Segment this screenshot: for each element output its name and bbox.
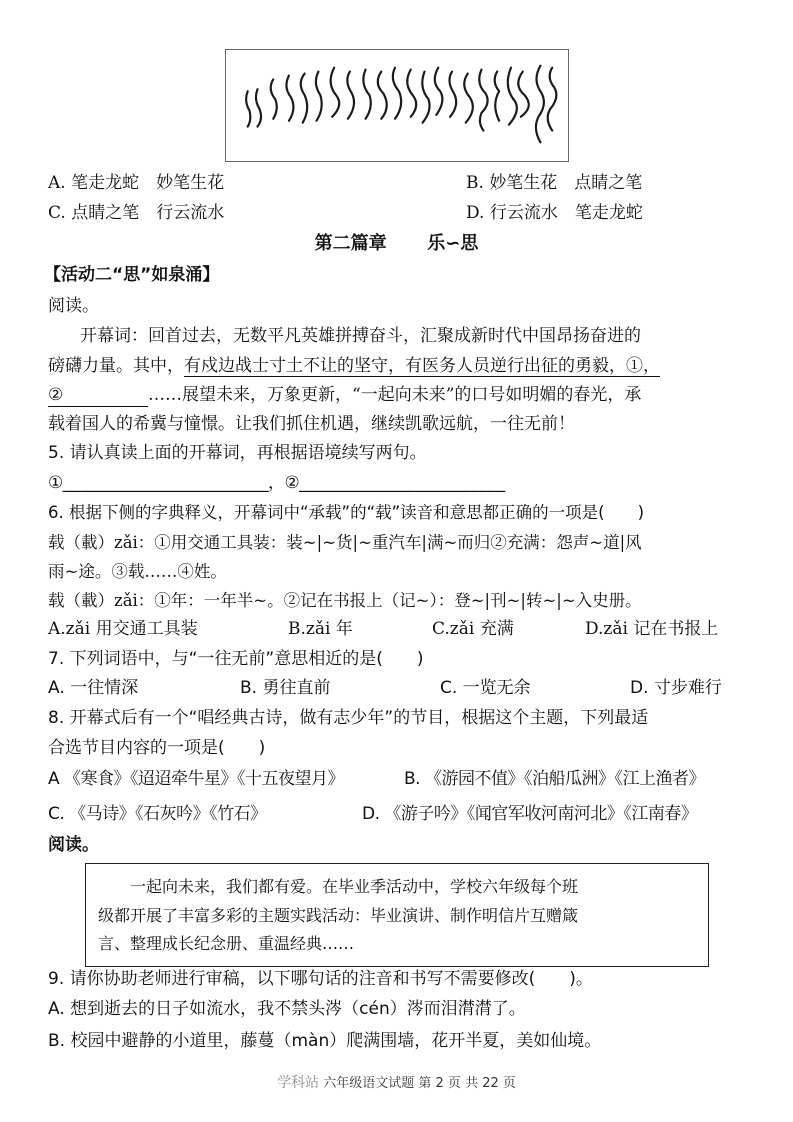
- speech-text: ……展望未来，万象更新，“一起向未来”的口号如明媚的春光，承: [148, 385, 641, 405]
- option-d[interactable]: D. 行云流水 笔走龙蛇: [466, 202, 643, 224]
- dictionary-def-1-line-2: 雨~途。③载……④姓。: [48, 561, 227, 583]
- reading-label: 阅读。: [48, 295, 99, 317]
- underlined-sentence: 有戍边战士寸土不让的坚守，有医务人员逆行出征的勇毅，①，: [184, 356, 660, 377]
- option-text: 行云流水 笔走龙蛇: [490, 203, 643, 223]
- q8-option-b[interactable]: B. 《游园不值》《泊船瓜洲》《江上渔者》: [404, 768, 705, 790]
- q7-option-c[interactable]: C. 一览无余: [440, 677, 531, 699]
- page-number: 六年级语文试题 第 2 页 共 22 页: [323, 1076, 516, 1091]
- question-8-stem-line-1: 8. 开幕式后有一个“唱经典古诗，做有志少年”的节目，根据这个主题，下列最适: [48, 707, 648, 729]
- q6-option-c[interactable]: C.zǎi 充满: [432, 618, 514, 640]
- option-text: 笔走龙蛇 妙笔生花: [71, 173, 224, 193]
- option-letter: A.: [48, 173, 66, 193]
- reading-passage-box: 一起向未来，我们都有爱。在毕业季活动中，学校六年级每个班 级都开展了丰富多彩的主…: [85, 863, 709, 967]
- q7-option-a[interactable]: A. 一往情深: [48, 677, 138, 699]
- option-letter: D.: [466, 203, 484, 223]
- speech-line-3: ②……展望未来，万象更新，“一起向未来”的口号如明媚的春光，承: [48, 384, 641, 407]
- speech-text: 磅礴力量。其中，: [48, 356, 184, 376]
- option-text: 妙笔生花 点睛之笔: [489, 173, 642, 193]
- chapter-title: 第二篇章 乐∽思: [0, 233, 793, 255]
- circle-number: ②: [48, 385, 63, 405]
- option-a[interactable]: A. 笔走龙蛇 妙笔生花: [48, 172, 224, 194]
- calligraphy-image: [225, 49, 569, 162]
- speech-line-2: 磅礴力量。其中，有戍边战士寸土不让的坚守，有医务人员逆行出征的勇毅，①，: [48, 355, 660, 377]
- blank-2[interactable]: ②: [48, 384, 148, 407]
- passage-line-1: 一起向未来，我们都有爱。在毕业季活动中，学校六年级每个班: [130, 876, 578, 898]
- option-letter: C.: [48, 203, 66, 223]
- activity-title: 【活动二“思”如泉涌】: [44, 264, 219, 286]
- chapter-part: 第二篇章: [315, 233, 387, 254]
- calligraphy-strokes: [226, 50, 568, 161]
- option-text: 点睛之笔 行云流水: [71, 203, 224, 223]
- question-8-stem-line-2: 合选节目内容的一项是( ): [48, 737, 265, 759]
- question-9-stem: 9. 请你协助老师进行审稿，以下哪句话的注音和书写不需要修改( )。: [48, 968, 593, 990]
- q8-option-d[interactable]: D. 《游子吟》《闻官军收河南河北》《江南春》: [362, 803, 697, 825]
- q6-option-b[interactable]: B.zǎi 年: [288, 618, 353, 640]
- q6-option-a[interactable]: A.zǎi 用交通工具装: [48, 618, 198, 640]
- q6-option-d[interactable]: D.zǎi 记在书报上: [585, 618, 718, 640]
- question-5-stem: 5. 请认真读上面的开幕词，再根据语境续写两句。: [48, 442, 427, 464]
- option-c[interactable]: C. 点睛之笔 行云流水: [48, 202, 224, 224]
- passage-line-3: 言、整理成长纪念册、重温经典……: [98, 933, 354, 955]
- option-b[interactable]: B. 妙笔生花 点睛之笔: [466, 172, 642, 194]
- q7-option-d[interactable]: D. 寸步难行: [630, 677, 722, 699]
- reading-label-2: 阅读。: [48, 834, 99, 856]
- question-7-stem: 7. 下列词语中，与“一往无前”意思相近的是( ): [48, 648, 424, 670]
- q9-option-a[interactable]: A. 想到逝去的日子如流水，我不禁头涔（cén）涔而泪潸潸了。: [48, 998, 526, 1020]
- question-6-stem: 6. 根据下侧的字典释义，开幕词中“承载”的“载”读音和意思都正确的一项是( ): [48, 502, 644, 524]
- q8-option-a[interactable]: A 《寒食》《迢迢牵牛星》《十五夜望月》: [48, 768, 344, 790]
- page-footer: 学科站 六年级语文试题 第 2 页 共 22 页: [0, 1072, 793, 1092]
- chapter-name: 乐∽思: [427, 233, 478, 254]
- dictionary-def-2: 载（載）zǎi：①年：一年半~。②记在书报上（𫡐记~）：登~|刊~|转~|~入史…: [48, 590, 642, 612]
- q7-option-b[interactable]: B. 勇往直前: [240, 677, 330, 699]
- passage-line-2: 级都开展了丰富多彩的主题实践活动：毕业演讲、制作明信片互赠箴: [98, 905, 578, 927]
- q9-option-b[interactable]: B. 校园中避静的小道里，藤蔓（màn）爬满围墙，花开半夏，美如仙境。: [48, 1030, 601, 1052]
- dictionary-def-1-line-1: 载（載）zǎi：①用交通工具装：装~|~货|~重汽车|满~而归②充满：怨声~道|…: [48, 532, 642, 554]
- speech-line-1: 开幕词：回首过去，无数平凡英雄拼搏奋斗，汇聚成新时代中国昂扬奋进的: [80, 325, 641, 347]
- option-letter: B.: [466, 173, 484, 193]
- question-5-answer-line[interactable]: ①__________________________，②___________…: [48, 472, 504, 494]
- watermark: 学科站: [277, 1075, 319, 1091]
- q8-option-c[interactable]: C. 《马诗》《石灰吟》《竹石》: [48, 803, 267, 825]
- speech-line-4: 载着国人的希冀与憧憬。让我们抓住机遇，继续凯歌远航，一往无前！: [48, 413, 575, 435]
